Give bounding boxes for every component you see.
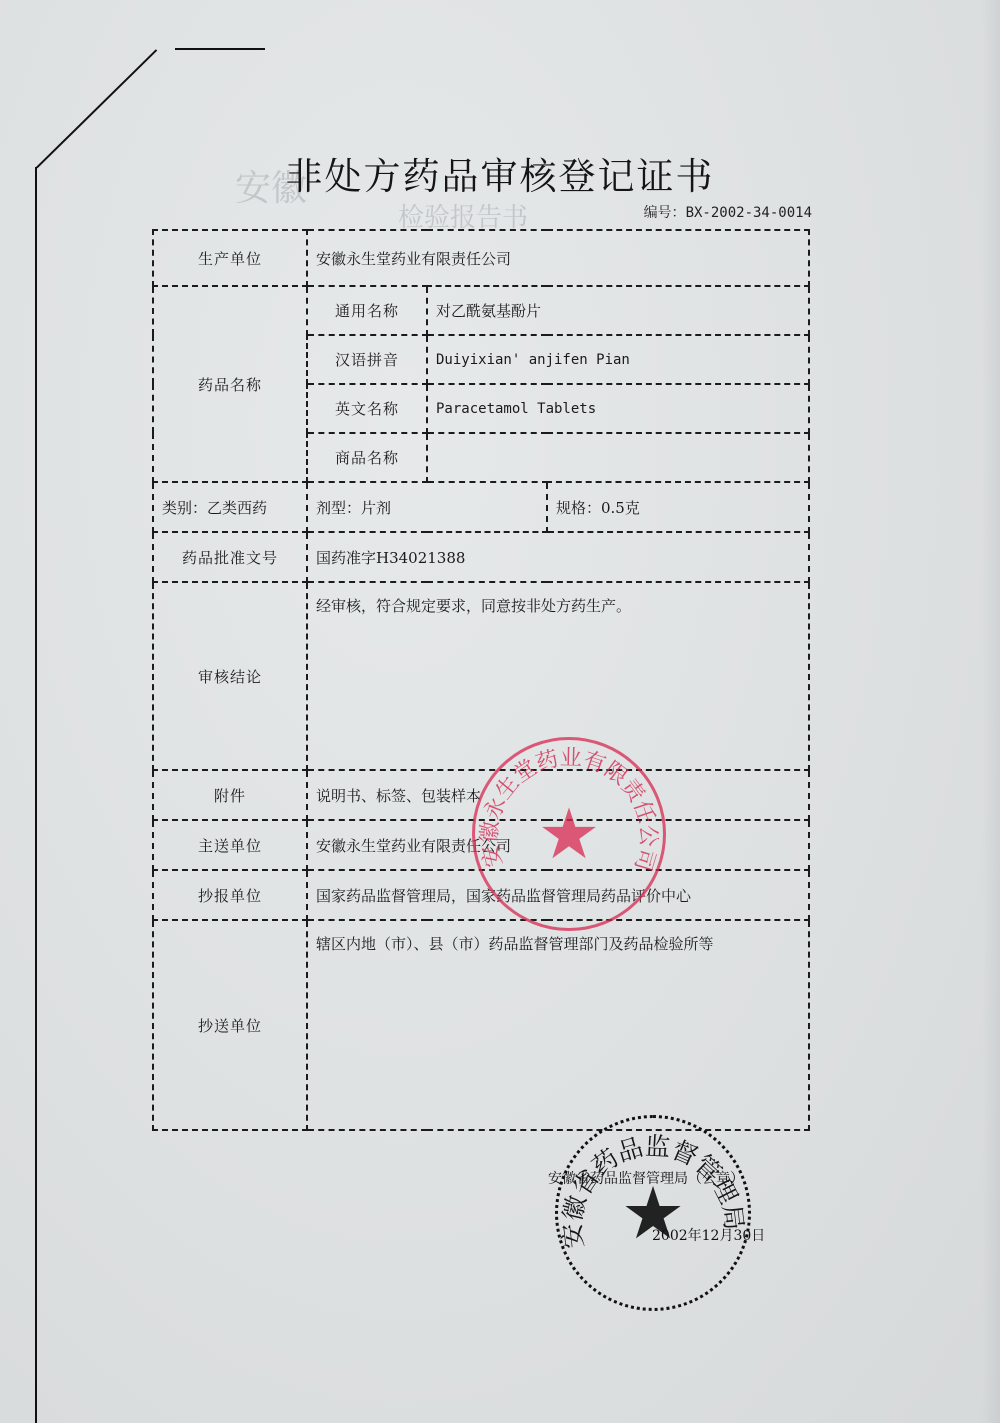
document-number-label: 编号： (644, 205, 686, 221)
table-row: 生产单位 安徽永生堂药业有限责任公司 (153, 230, 809, 286)
copy-to-value: 辖区内地（市）、县（市）药品监督管理部门及药品检验所等 (307, 920, 809, 1130)
drug-name-label: 药品名称 (153, 286, 307, 482)
conclusion-label: 审核结论 (153, 582, 307, 770)
cut-corner-border (175, 48, 265, 50)
document-number-value: BX-2002-34-0014 (686, 205, 812, 221)
table-row: 抄送单位 辖区内地（市）、县（市）药品监督管理部门及药品检验所等 (153, 920, 809, 1130)
report-to-label: 抄报单位 (153, 870, 307, 920)
issuer-signature: 安徽省药品监督管理局（公章） (548, 1168, 744, 1188)
table-row: 药品名称 通用名称 对乙酰氨基酚片 (153, 286, 809, 335)
issue-date: 2002年12月30日 (652, 1225, 765, 1245)
star-icon: ★ (538, 799, 601, 869)
english-name-label: 英文名称 (307, 384, 427, 433)
scan-edge-shadow (982, 0, 1000, 1423)
attachment-label: 附件 (153, 770, 307, 820)
pinyin-name-value: Duiyixian' anjifen Pian (427, 335, 809, 384)
trade-name-value (427, 433, 809, 482)
specification-cell: 规格：0.5克 (547, 482, 809, 532)
table-row: 药品批准文号 国药准字H34021388 (153, 532, 809, 582)
approval-number-label: 药品批准文号 (153, 532, 307, 582)
copy-to-label: 抄送单位 (153, 920, 307, 1130)
trade-name-label: 商品名称 (307, 433, 427, 482)
document-number: 编号：BX-2002-34-0014 (644, 202, 812, 222)
producer-label: 生产单位 (153, 230, 307, 286)
document-title: 非处方药品审核登记证书 (0, 146, 1000, 200)
generic-name-label: 通用名称 (307, 286, 427, 335)
table-row: 类别：乙类西药 剂型：片剂 规格：0.5克 (153, 482, 809, 532)
authority-seal: 安徽省药品监督管理局 ★ (555, 1115, 751, 1311)
pinyin-name-label: 汉语拼音 (307, 335, 427, 384)
certificate-table: 生产单位 安徽永生堂药业有限责任公司 药品名称 通用名称 对乙酰氨基酚片 汉语拼… (152, 229, 810, 1131)
dosage-form-cell: 剂型：片剂 (307, 482, 547, 532)
english-name-value: Paracetamol Tablets (427, 384, 809, 433)
approval-number-value: 国药准字H34021388 (307, 532, 809, 582)
producer-value: 安徽永生堂药业有限责任公司 (307, 230, 809, 286)
left-border-line (35, 167, 37, 1423)
company-seal: 安徽永生堂药业有限责任公司 ★ (472, 737, 666, 931)
generic-name-value: 对乙酰氨基酚片 (427, 286, 809, 335)
main-recipient-label: 主送单位 (153, 820, 307, 870)
category-cell: 类别：乙类西药 (153, 482, 307, 532)
